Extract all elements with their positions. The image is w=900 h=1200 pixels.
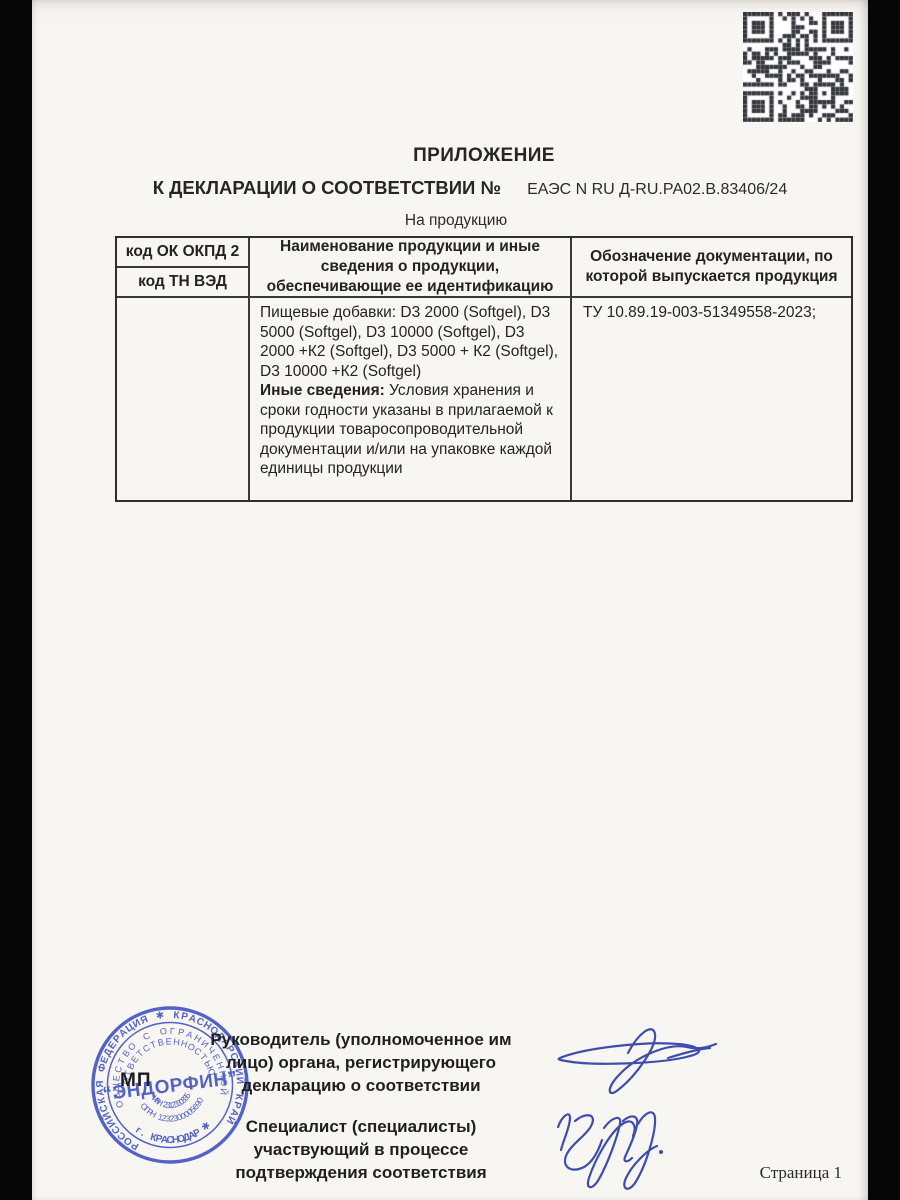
page-number: Страница 1 xyxy=(760,1163,842,1183)
code-cell xyxy=(117,298,248,500)
svg-text:Г: Г xyxy=(170,1026,175,1036)
specialist-title: Специалист (специалисты) участвующий в п… xyxy=(187,1115,535,1184)
head-signature xyxy=(559,1029,716,1093)
svg-text:В: В xyxy=(157,1037,165,1048)
product-table: код ОК ОКПД 2 код ТН ВЭД Наименование пр… xyxy=(115,236,853,502)
header-code-okpd: код ОК ОКПД 2 xyxy=(117,238,248,266)
header-documentation: Обозначение документации, по которой вып… xyxy=(572,238,851,296)
declaration-number: ЕАЭС N RU Д-RU.РА02.В.83406/24 xyxy=(527,181,787,199)
header-product-name: Наименование продукции и иные сведения о… xyxy=(250,238,570,296)
svg-text:Р: Р xyxy=(177,1027,185,1038)
svg-text:✱: ✱ xyxy=(155,1010,165,1022)
svg-text:Я: Я xyxy=(95,1080,106,1087)
page-title: ПРИЛОЖЕНИЕ xyxy=(115,145,853,167)
other-info-label: Иные сведения: xyxy=(260,382,385,399)
declaration-label: К ДЕКЛАРАЦИИ О СООТВЕТСТВИИ № xyxy=(153,177,501,199)
svg-text:О: О xyxy=(159,1026,167,1037)
declaration-line: К ДЕКЛАРАЦИИ О СООТВЕТСТВИИ № ЕАЭС N RU … xyxy=(101,177,839,199)
product-list: Пищевые добавки: D3 2000 (Softgel), D3 5… xyxy=(260,303,562,381)
header-code-tnved: код ТН ВЭД xyxy=(117,268,248,296)
stamp-place-mark: МП xyxy=(120,1070,151,1092)
document-page: ПРИЛОЖЕНИЕ К ДЕКЛАРАЦИИ О СООТВЕТСТВИИ №… xyxy=(32,0,868,1200)
product-description-cell: Пищевые добавки: D3 2000 (Softgel), D3 5… xyxy=(250,298,570,500)
svg-text:Е: Е xyxy=(165,1036,171,1046)
svg-text:А: А xyxy=(95,1088,107,1096)
product-subtitle: На продукцию xyxy=(87,212,825,230)
qr-code xyxy=(743,12,853,122)
documentation-cell: ТУ 10.89.19-003-51349558-2023; xyxy=(572,298,851,500)
other-info: Иные сведения: Условия хранения и сроки … xyxy=(260,381,562,479)
specialist-signature xyxy=(558,1112,663,1188)
head-official-title: Руководитель (уполномоченное им лицо) ор… xyxy=(187,1028,535,1097)
